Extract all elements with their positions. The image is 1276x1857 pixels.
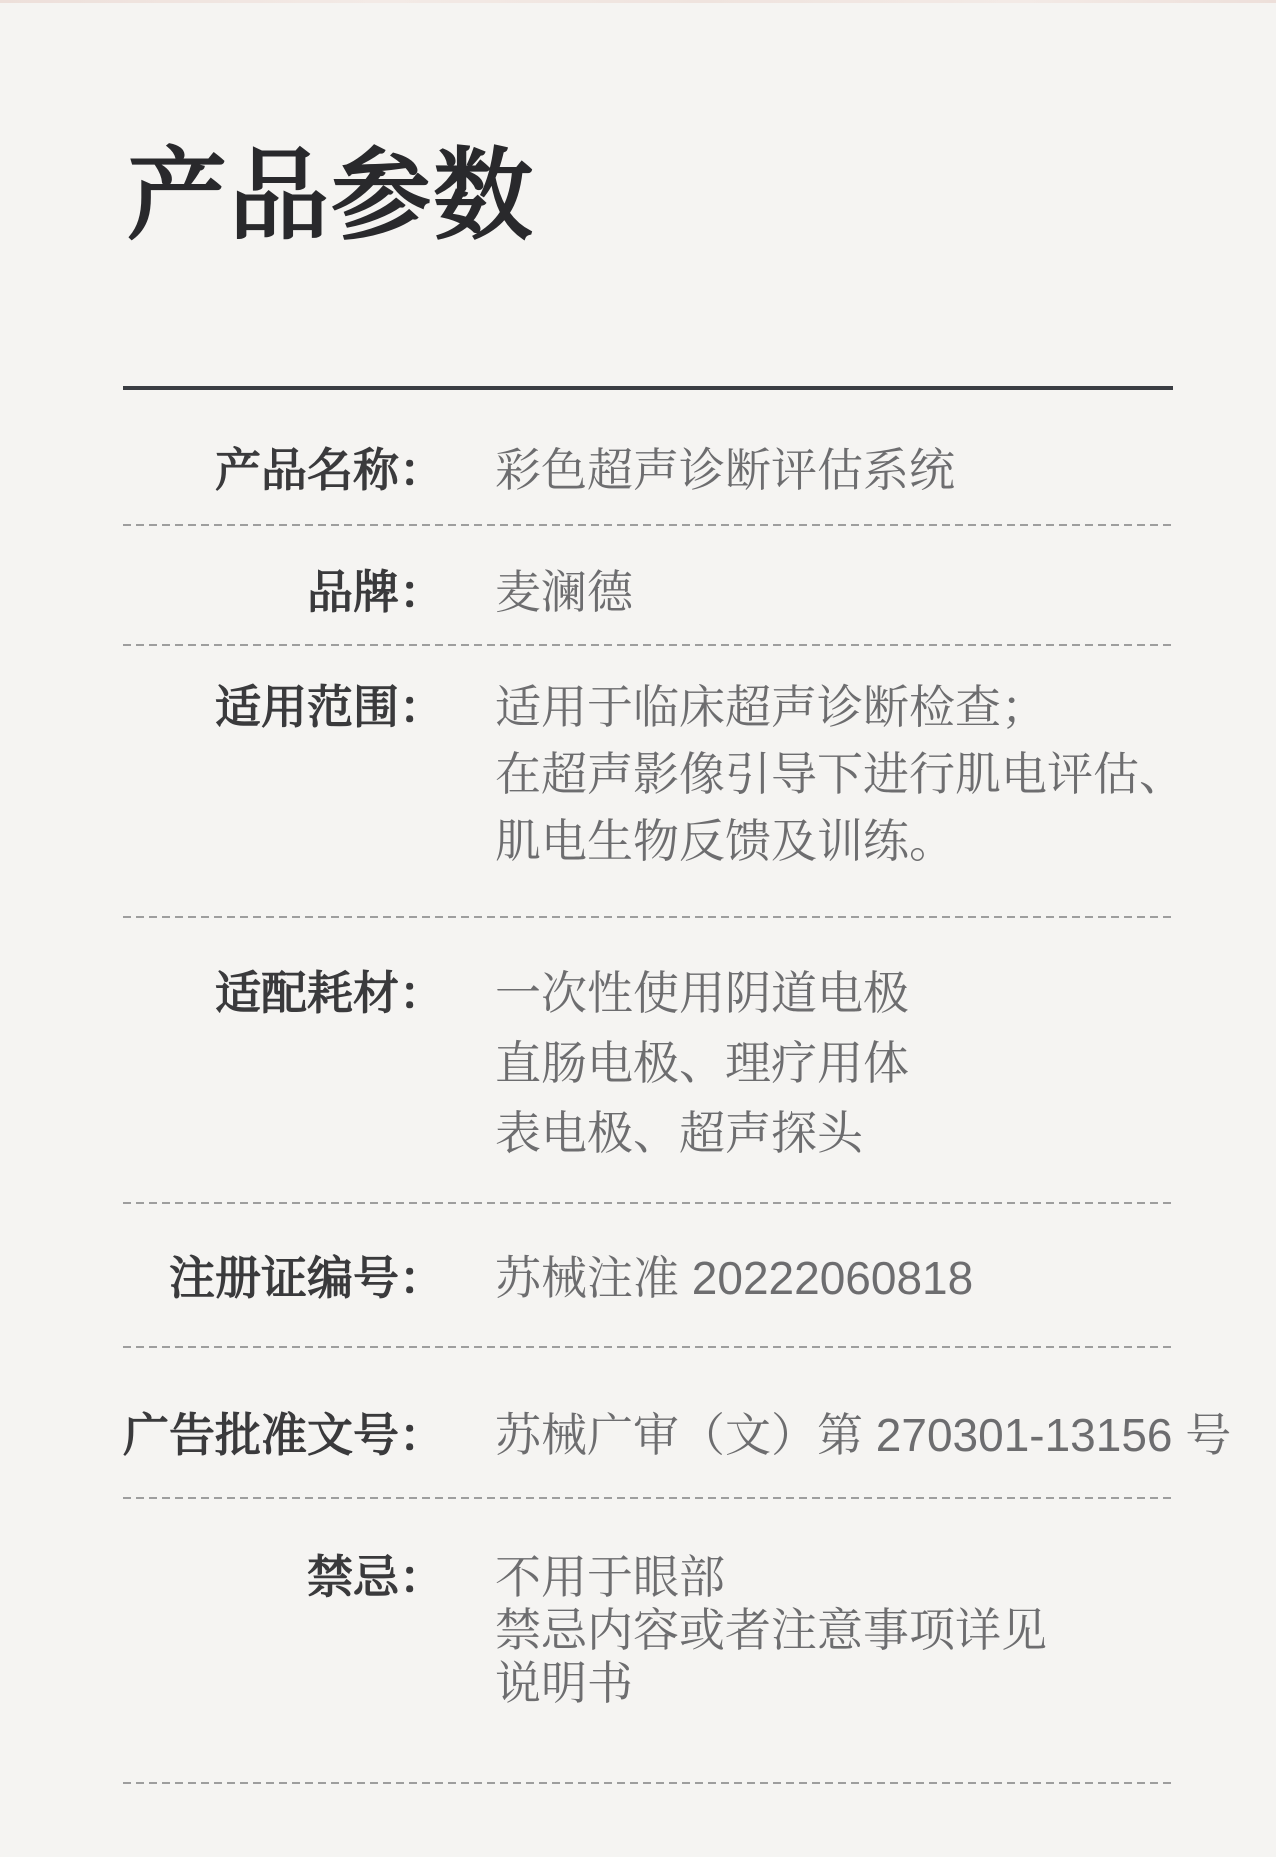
spec-label: 禁忌：	[123, 1551, 445, 1604]
spec-label: 产品名称：	[123, 440, 445, 500]
spec-label: 注册证编号：	[123, 1248, 445, 1308]
spec-label: 品牌：	[123, 562, 445, 622]
product-parameters-panel: 产品参数 产品名称：彩色超声诊断评估系统品牌：麦澜德适用范围：适用于临床超声诊断…	[0, 0, 1276, 1857]
dashed-divider	[123, 1497, 1173, 1499]
spec-row: 禁忌：不用于眼部禁忌内容或者注意事项详见说明书	[123, 1551, 1193, 1710]
top-accent-strip	[0, 0, 1276, 3]
spec-row: 适用范围：适用于临床超声诊断检查；在超声影像引导下进行肌电评估、肌电生物反馈及训…	[123, 674, 1193, 875]
spec-row: 注册证编号：苏械注准 20222060818	[123, 1248, 1193, 1308]
spec-row: 品牌：麦澜德	[123, 562, 1193, 622]
spec-value-line: 苏械注准 20222060818	[495, 1248, 973, 1308]
title-underline	[123, 386, 1173, 390]
spec-value: 麦澜德	[495, 562, 633, 622]
page-title: 产品参数	[127, 138, 535, 254]
spec-label: 适用范围：	[123, 674, 445, 741]
spec-value: 苏械注准 20222060818	[495, 1248, 973, 1308]
dashed-divider	[123, 1202, 1173, 1204]
spec-value: 彩色超声诊断评估系统	[495, 440, 955, 500]
spec-value-line: 彩色超声诊断评估系统	[495, 440, 955, 500]
spec-value-line: 直肠电极、理疗用体	[495, 1028, 909, 1098]
spec-value-line: 不用于眼部	[495, 1551, 1047, 1604]
spec-row: 广告批准文号：苏械广审（文）第 270301-13156 号	[123, 1405, 1193, 1465]
dashed-divider	[123, 1782, 1173, 1784]
spec-row: 产品名称：彩色超声诊断评估系统	[123, 440, 1193, 500]
spec-value: 一次性使用阴道电极直肠电极、理疗用体表电极、超声探头	[495, 958, 909, 1168]
spec-value-line: 表电极、超声探头	[495, 1098, 909, 1168]
spec-value-line: 苏械广审（文）第 270301-13156 号	[495, 1405, 1231, 1465]
spec-label: 适配耗材：	[123, 958, 445, 1028]
spec-value-line: 禁忌内容或者注意事项详见	[495, 1604, 1047, 1657]
dashed-divider	[123, 916, 1173, 918]
spec-value: 适用于临床超声诊断检查；在超声影像引导下进行肌电评估、肌电生物反馈及训练。	[495, 674, 1185, 875]
spec-value-line: 麦澜德	[495, 562, 633, 622]
spec-value-line: 在超声影像引导下进行肌电评估、	[495, 741, 1185, 808]
spec-value: 不用于眼部禁忌内容或者注意事项详见说明书	[495, 1551, 1047, 1710]
dashed-divider	[123, 1346, 1173, 1348]
spec-value: 苏械广审（文）第 270301-13156 号	[495, 1405, 1231, 1465]
dashed-divider	[123, 644, 1173, 646]
spec-value-line: 一次性使用阴道电极	[495, 958, 909, 1028]
spec-value-line: 说明书	[495, 1657, 1047, 1710]
spec-value-line: 适用于临床超声诊断检查；	[495, 674, 1185, 741]
dashed-divider	[123, 524, 1173, 526]
spec-row: 适配耗材：一次性使用阴道电极直肠电极、理疗用体表电极、超声探头	[123, 958, 1193, 1168]
spec-label: 广告批准文号：	[123, 1405, 445, 1465]
spec-value-line: 肌电生物反馈及训练。	[495, 808, 1185, 875]
